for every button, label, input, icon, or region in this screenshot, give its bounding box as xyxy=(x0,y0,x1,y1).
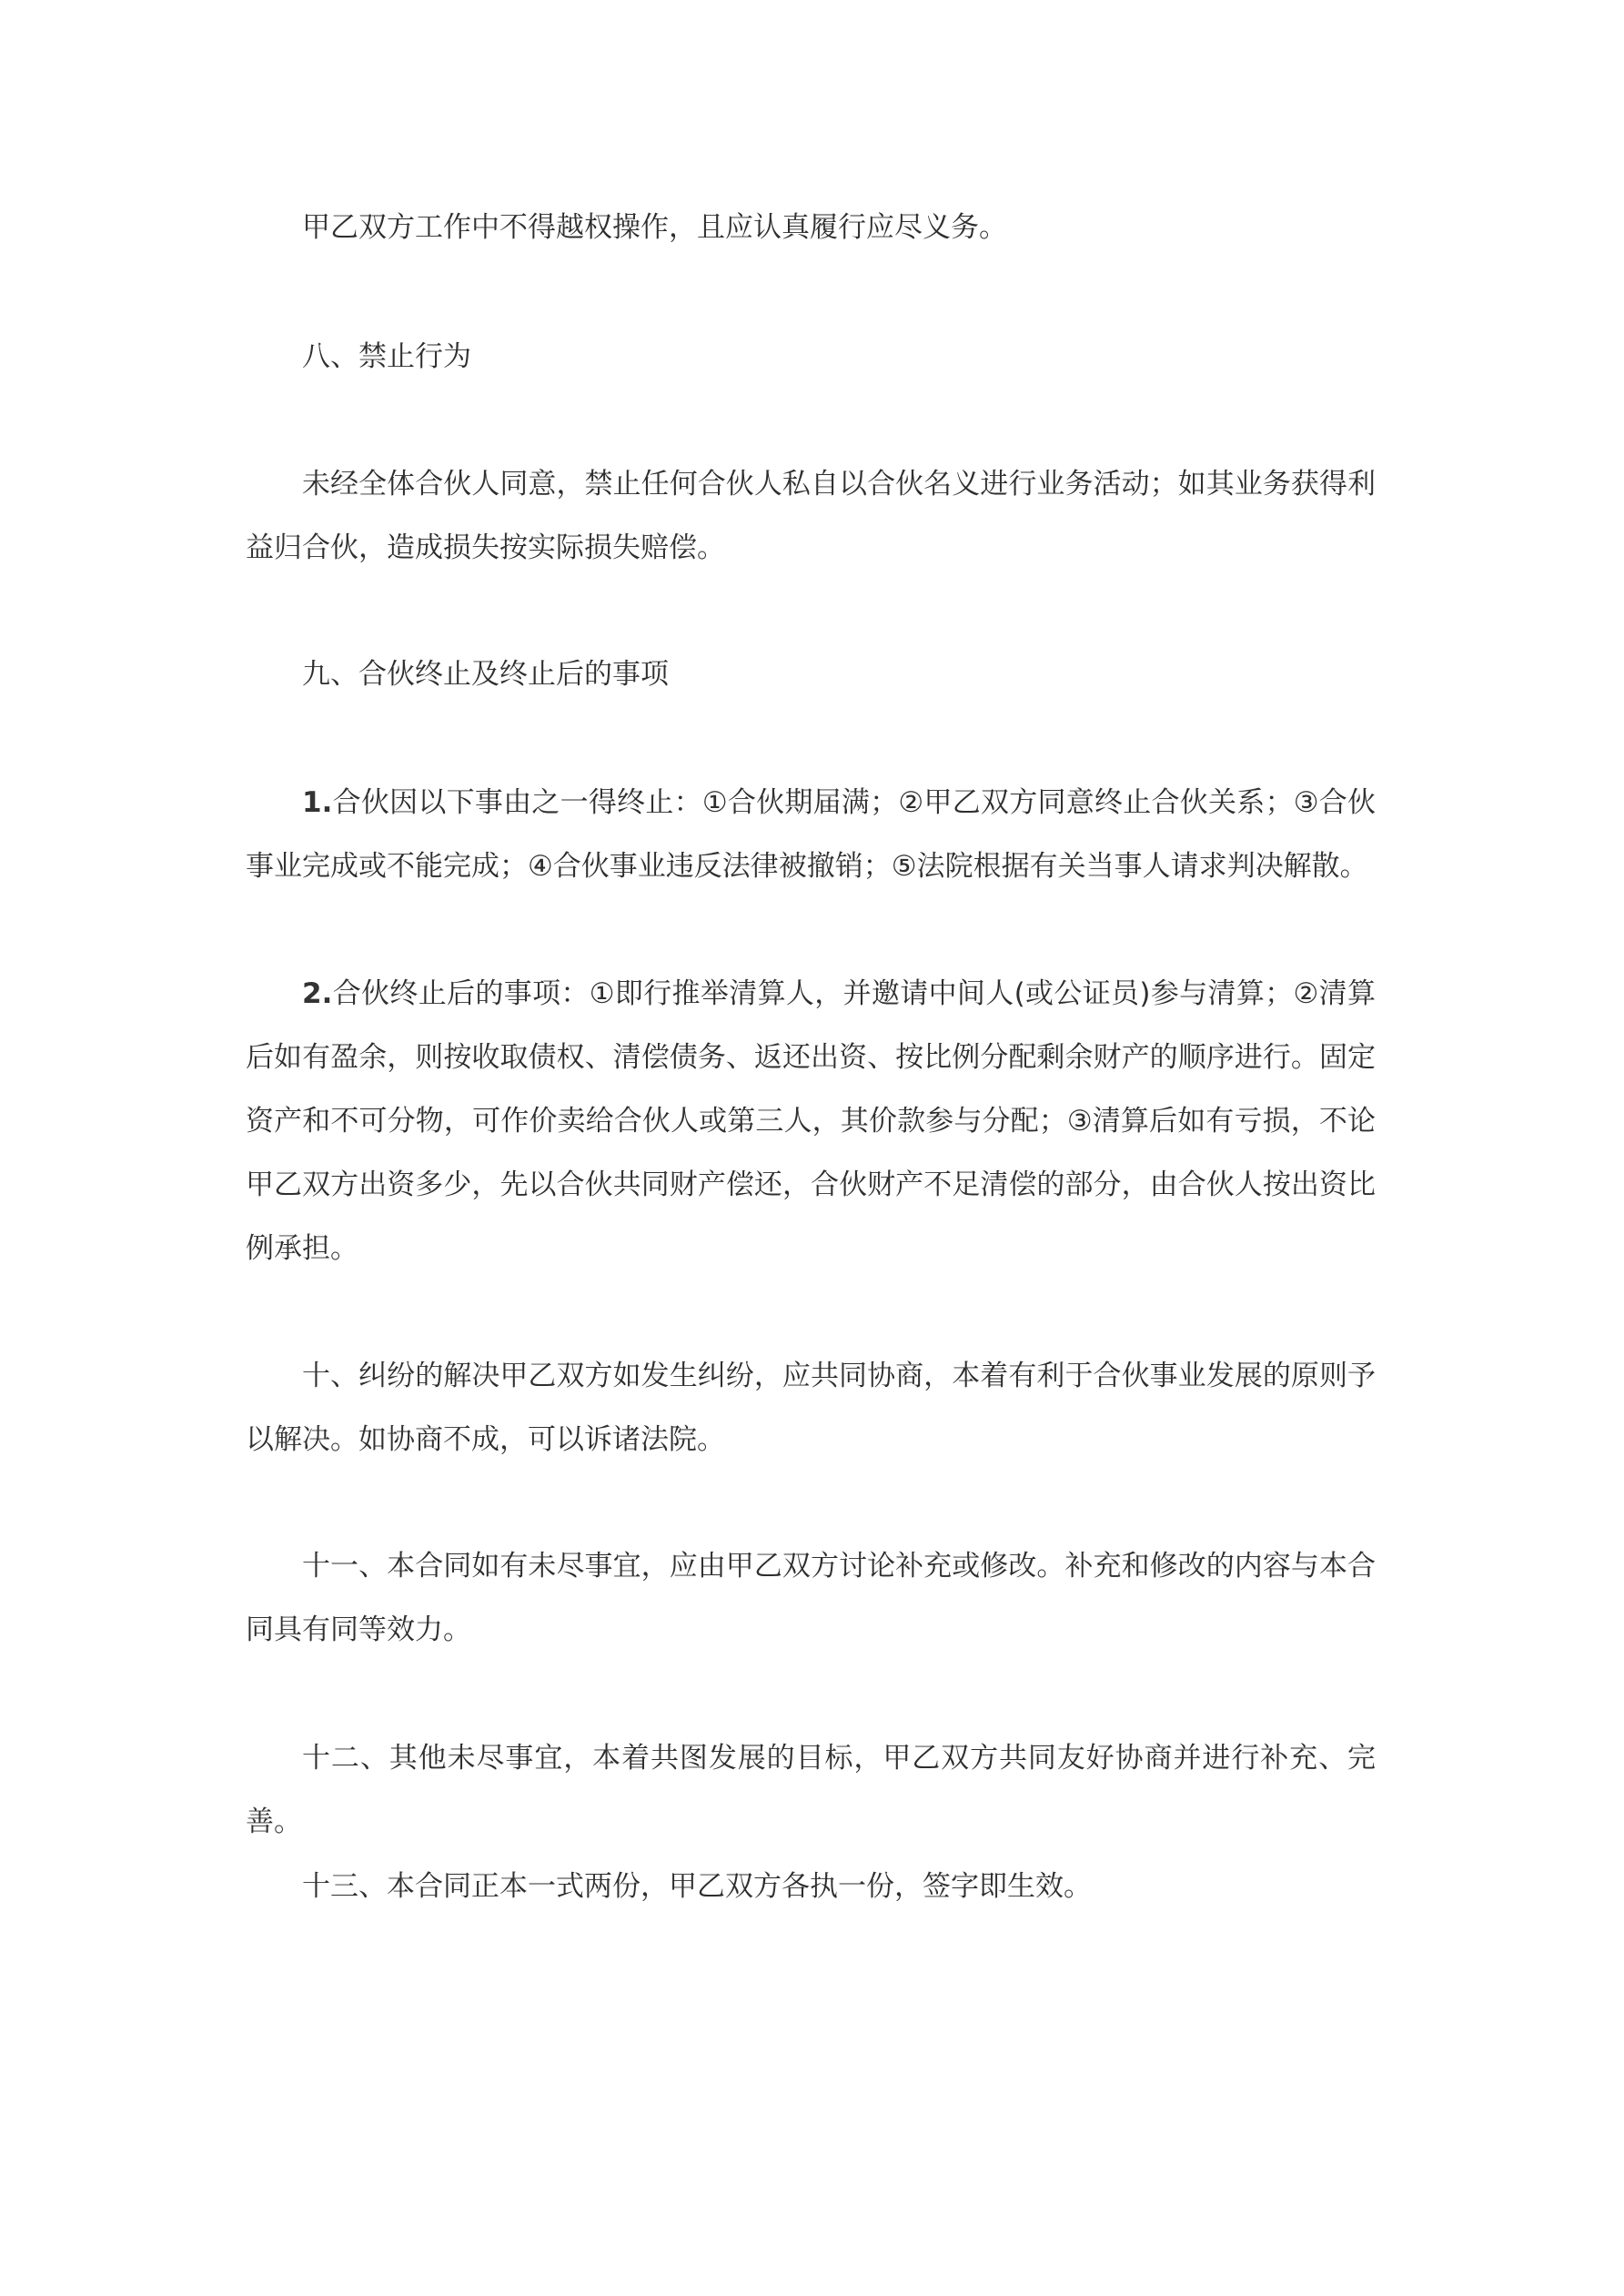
paragraph-text: 十、纠纷的解决甲乙双方如发生纠纷，应共同协商，本着有利于合伙事业发展的原则予以解… xyxy=(246,1360,1376,1456)
document-page: 甲乙双方工作中不得越权操作，且应认真履行应尽义务。 八、禁止行为 未经全体合伙人… xyxy=(0,0,1624,2296)
paragraph-text: 十一、本合同如有未尽事宜，应由甲乙双方讨论补充或修改。补充和修改的内容与本合同具… xyxy=(246,1550,1376,1646)
paragraph-text: 合伙终止后的事项：①即行推举清算人，并邀请中间人(或公证员)参与清算；②清算后如… xyxy=(246,977,1376,1265)
paragraph-copies-effectiveness: 十三、本合同正本一式两份，甲乙双方各执一份，签字即生效。 xyxy=(246,1855,1376,1918)
paragraph-termination-causes: 1.合伙因以下事由之一得终止：①合伙期届满；②甲乙双方同意终止合伙关系；③合伙事… xyxy=(246,771,1376,898)
paragraph-duties: 甲乙双方工作中不得越权操作，且应认真履行应尽义务。 xyxy=(246,196,1376,259)
paragraph-dispute-resolution: 十、纠纷的解决甲乙双方如发生纠纷，应共同协商，本着有利于合伙事业发展的原则予以解… xyxy=(246,1344,1376,1472)
heading-text: 九、合伙终止及终止后的事项 xyxy=(302,658,669,691)
heading-text: 八、禁止行为 xyxy=(302,340,471,373)
paragraph-text: 甲乙双方工作中不得越权操作，且应认真履行应尽义务。 xyxy=(302,211,1007,244)
item-number: 2. xyxy=(302,977,332,1010)
paragraph-text: 十三、本合同正本一式两份，甲乙双方各执一份，签字即生效。 xyxy=(302,1870,1092,1903)
paragraph-text: 十二、其他未尽事宜，本着共图发展的目标，甲乙双方共同友好协商并进行补充、完善。 xyxy=(246,1742,1376,1838)
paragraph-post-termination: 2.合伙终止后的事项：①即行推举清算人，并邀请中间人(或公证员)参与清算；②清算… xyxy=(246,962,1376,1280)
paragraph-prohibited-conduct: 未经全体合伙人同意，禁止任何合伙人私自以合伙名义进行业务活动；如其业务获得利益归… xyxy=(246,452,1376,580)
section-heading-termination: 九、合伙终止及终止后的事项 xyxy=(246,642,1376,706)
paragraph-amendments: 十一、本合同如有未尽事宜，应由甲乙双方讨论补充或修改。补充和修改的内容与本合同具… xyxy=(246,1534,1376,1662)
paragraph-other-matters: 十二、其他未尽事宜，本着共图发展的目标，甲乙双方共同友好协商并进行补充、完善。 xyxy=(246,1726,1376,1854)
item-number: 1. xyxy=(302,786,332,819)
section-heading-prohibited-conduct: 八、禁止行为 xyxy=(246,325,1376,389)
paragraph-text: 未经全体合伙人同意，禁止任何合伙人私自以合伙名义进行业务活动；如其业务获得利益归… xyxy=(246,468,1376,564)
paragraph-text: 合伙因以下事由之一得终止：①合伙期届满；②甲乙双方同意终止合伙关系；③合伙事业完… xyxy=(246,786,1376,883)
